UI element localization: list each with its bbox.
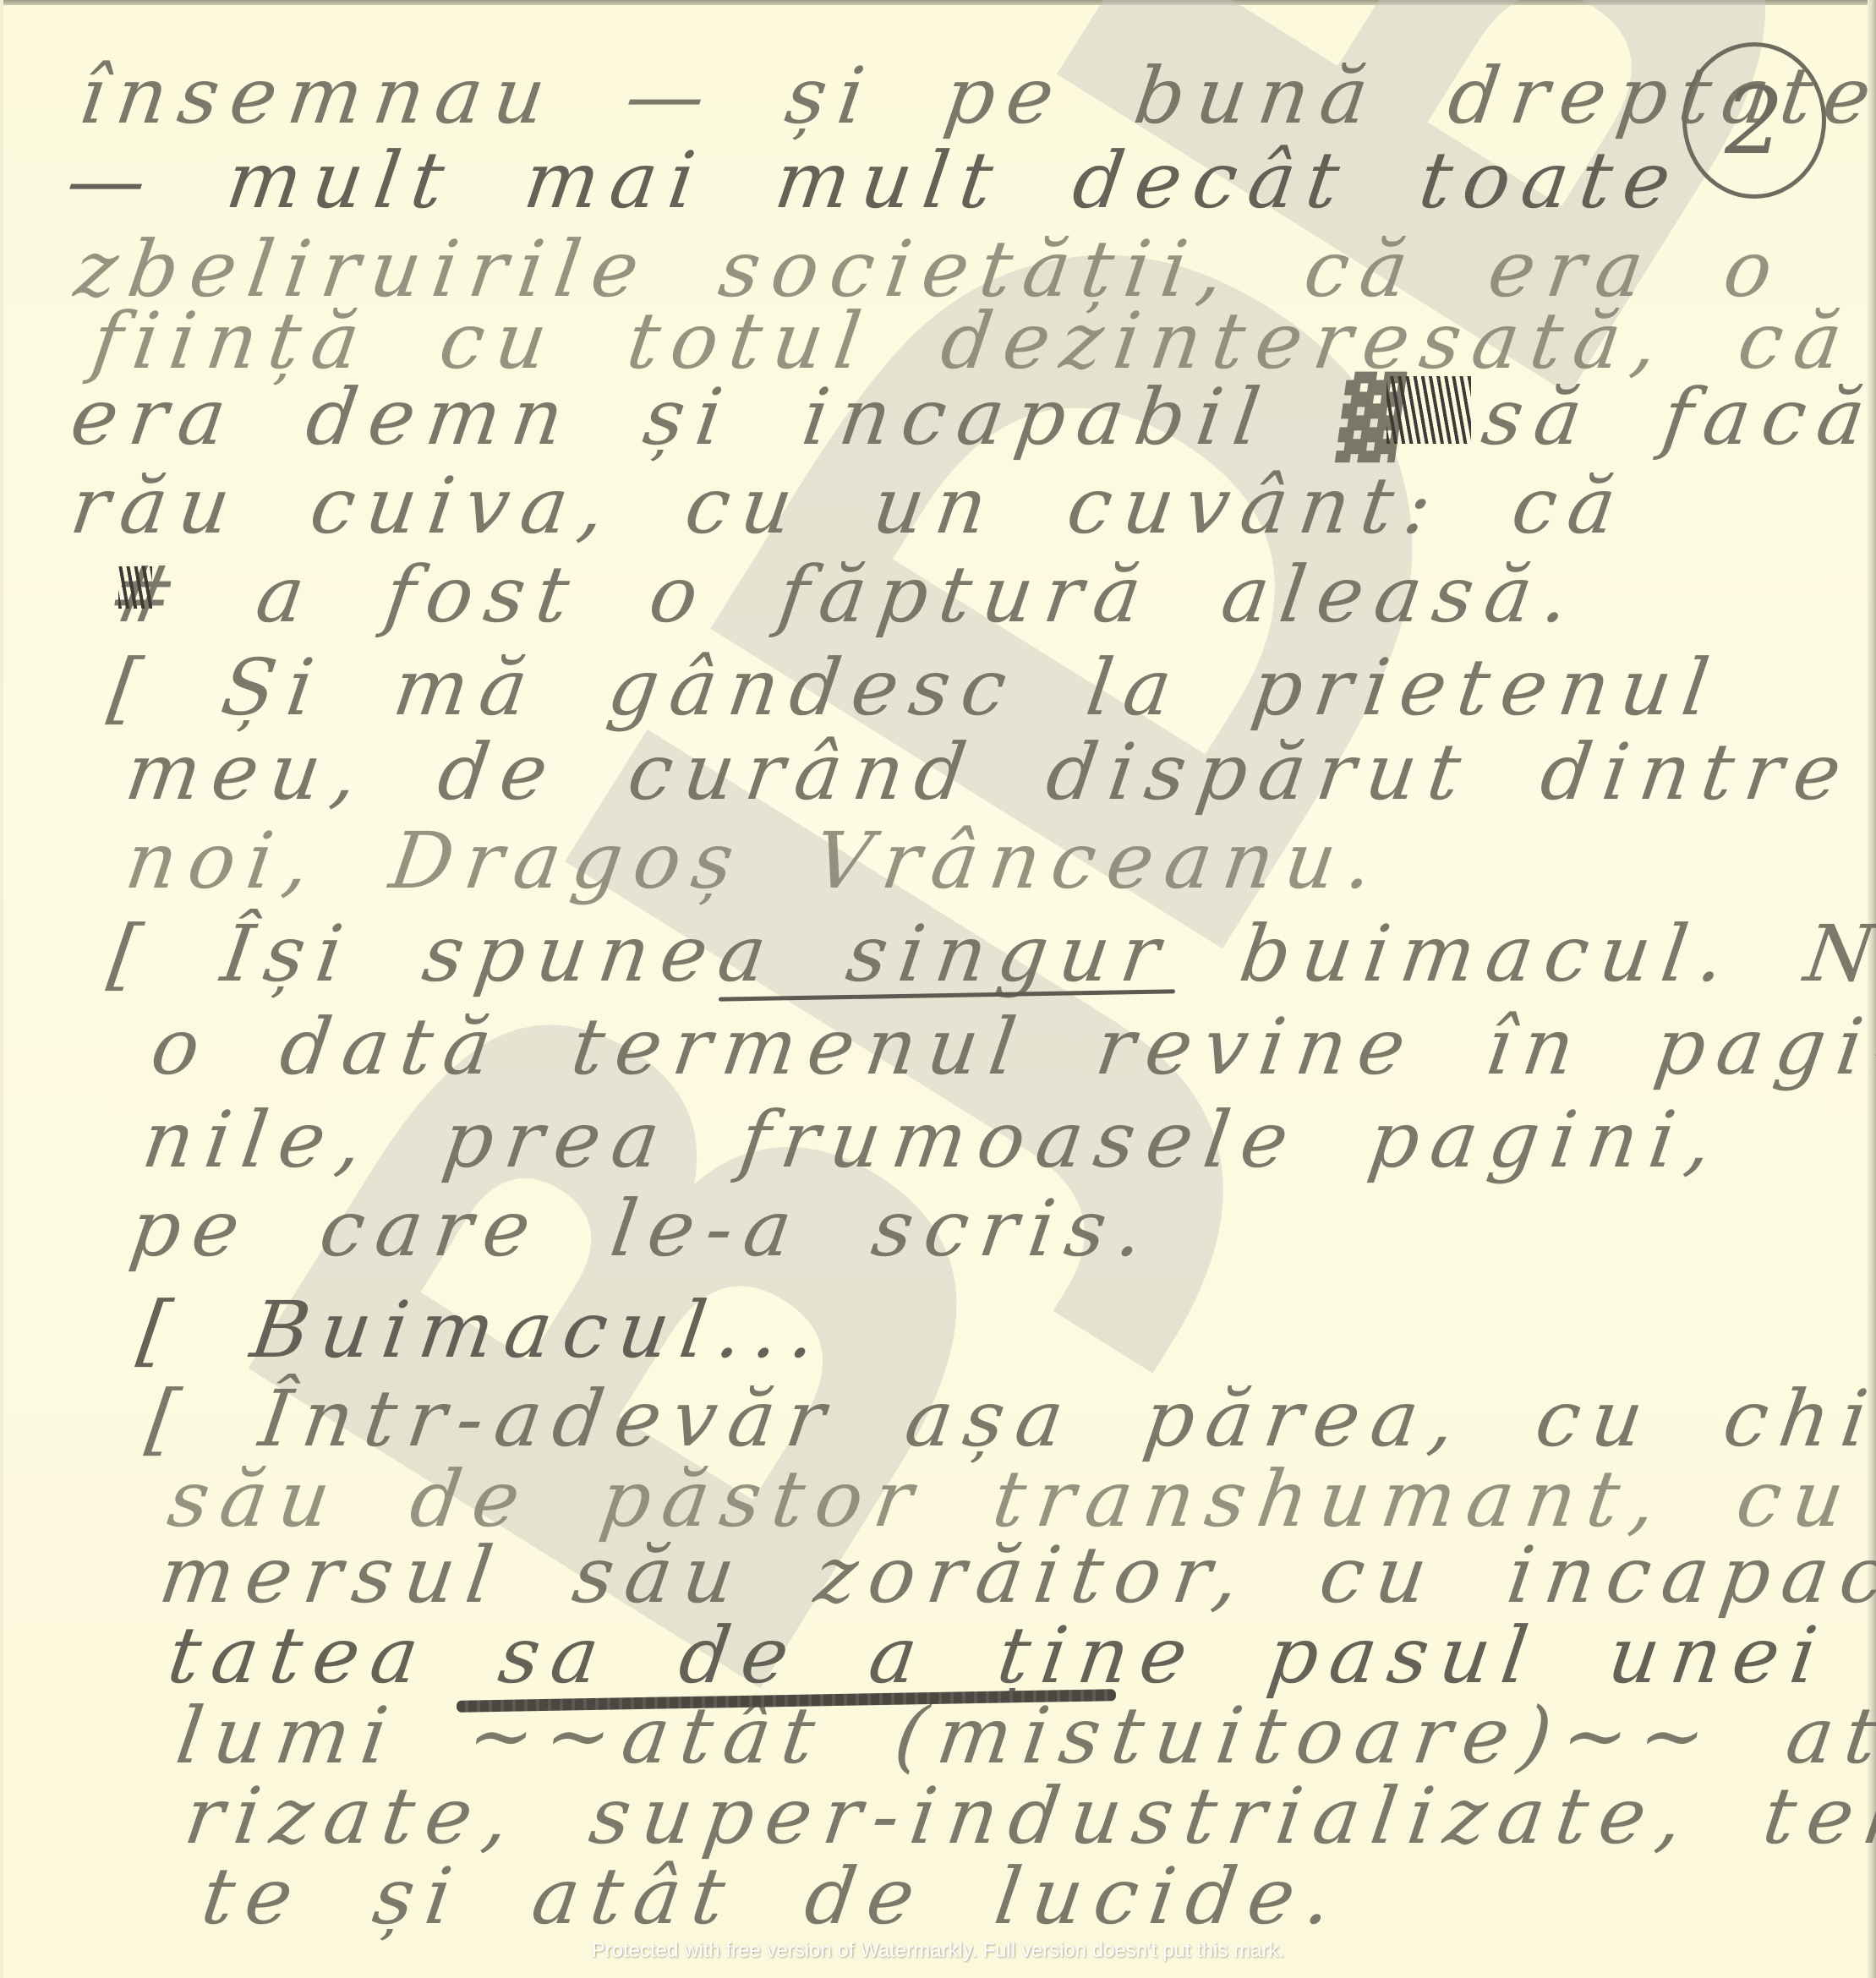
scribble-mark	[1386, 376, 1471, 444]
manuscript-line: [ Și mă gândesc la prietenul	[103, 642, 1726, 733]
manuscript-line: — mult mai mult decât toate	[61, 135, 1687, 226]
manuscript-line: [ Buimacul...	[133, 1285, 833, 1375]
manuscript-line: # a fost o făptură aleasă.	[103, 549, 1586, 640]
manuscript-line: o dată termenul revine în pagi-	[145, 1002, 1876, 1092]
manuscript-line: lumi ~~atât (mistuitoare)~~ atât de moto…	[171, 1691, 1876, 1781]
manuscript-line: nile, prea frumoasele pagini,	[137, 1095, 1729, 1185]
manuscript-line: [ Într-adevăr așa părea, cu chipul	[141, 1374, 1876, 1464]
manuscript-line: tatea sa de a ține pasul unei	[162, 1610, 1834, 1701]
manuscript-line: era demn și incapabil ▓ să facă	[65, 372, 1876, 462]
manuscript-page: BJDB 2 însemnau — și pe bună dreptate — …	[0, 0, 1876, 1978]
handwritten-text: însemnau — și pe bună dreptate — mult ma…	[0, 0, 1876, 1978]
manuscript-line: noi, Dragoș Vrânceanu.	[120, 816, 1390, 906]
manuscript-line: mersul său zorăitor, cu incapaci-	[154, 1530, 1876, 1620]
manuscript-line: meu, de curând dispărut dintre	[120, 727, 1858, 817]
manuscript-line: [ Își spunea singur buimacul. Nu	[103, 909, 1876, 999]
manuscript-line: însemnau — și pe bună dreptate	[74, 51, 1876, 141]
page-number-circle: 2	[1682, 42, 1826, 199]
footer-watermark: Protected with free version of Watermark…	[0, 1939, 1876, 1963]
scribble-mark	[118, 566, 152, 609]
manuscript-line: rizate, super-industrializate, tehnocra-	[179, 1771, 1876, 1861]
manuscript-line: pe care le-a scris.	[124, 1183, 1160, 1274]
manuscript-line: te și atât de lucide.	[196, 1851, 1348, 1942]
page-number: 2	[1725, 67, 1784, 175]
manuscript-line: rău cuiva, cu un cuvânt: că	[65, 461, 1633, 551]
